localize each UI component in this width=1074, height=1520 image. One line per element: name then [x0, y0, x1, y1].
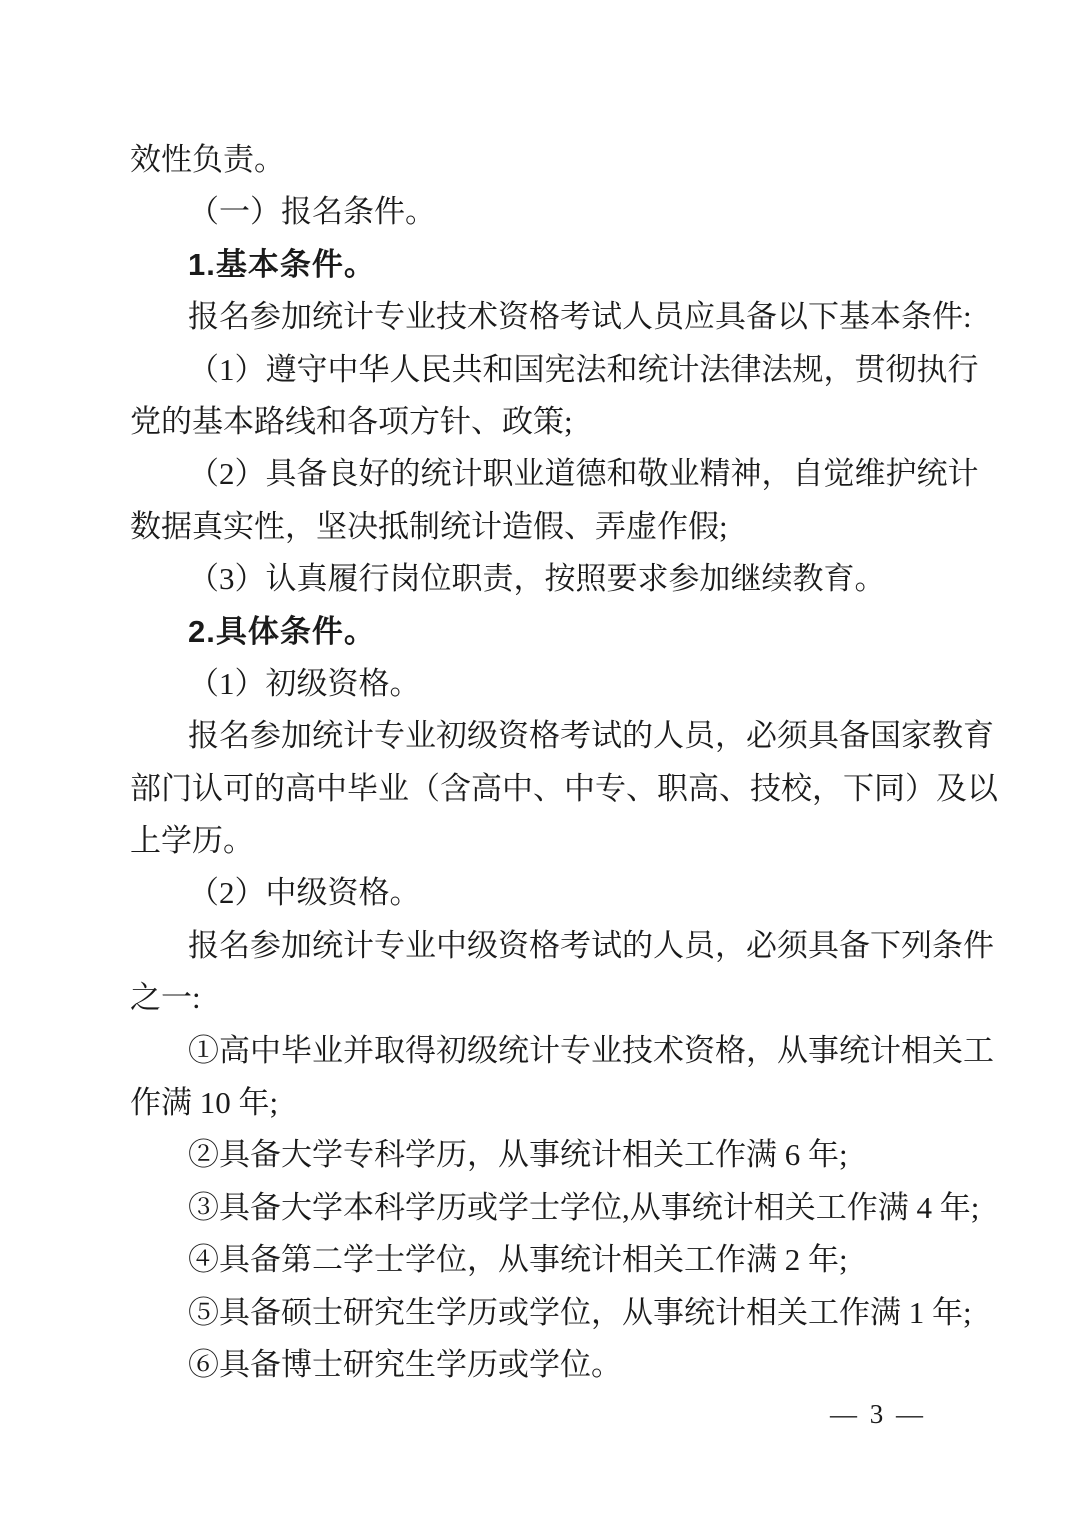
section-heading-registration-conditions: （一）报名条件。: [130, 186, 930, 238]
continuation-line-effectiveness: 效性负责。: [130, 134, 930, 186]
paragraph-intermediate-line-1: 报名参加统计专业中级资格考试的人员，必须具备下列条件: [130, 920, 930, 972]
item-3: （3）认真履行岗位职责，按照要求参加继续教育。: [130, 553, 930, 605]
condition-1-line-1: ①高中毕业并取得初级统计专业技术资格，从事统计相关工: [130, 1025, 930, 1077]
item-1-line-1: （1）遵守中华人民共和国宪法和统计法律法规，贯彻执行: [130, 344, 930, 396]
page-number: — 3 —: [820, 1394, 936, 1434]
subheading-specific-conditions: 2.具体条件。: [130, 606, 930, 658]
paragraph-basic-conditions-intro: 报名参加统计专业技术资格考试人员应具备以下基本条件:: [130, 291, 930, 343]
document-page: 效性负责。 （一）报名条件。 1.基本条件。 报名参加统计专业技术资格考试人员应…: [0, 0, 1074, 1520]
item-1-line-2: 党的基本路线和各项方针、政策;: [130, 396, 930, 448]
condition-6: ⑥具备博士研究生学历或学位。: [130, 1339, 930, 1391]
condition-5: ⑤具备硕士研究生学历或学位，从事统计相关工作满 1 年;: [130, 1287, 930, 1339]
condition-4: ④具备第二学士学位，从事统计相关工作满 2 年;: [130, 1234, 930, 1286]
item-2-line-1: （2）具备良好的统计职业道德和敬业精神，自觉维护统计: [130, 448, 930, 500]
paragraph-junior-line-1: 报名参加统计专业初级资格考试的人员，必须具备国家教育: [130, 710, 930, 762]
subitem-intermediate-qualification-heading: （2）中级资格。: [130, 867, 930, 919]
condition-1-line-2: 作满 10 年;: [130, 1077, 930, 1129]
document-body: 效性负责。 （一）报名条件。 1.基本条件。 报名参加统计专业技术资格考试人员应…: [130, 134, 930, 1391]
subheading-basic-conditions: 1.基本条件。: [130, 239, 930, 291]
paragraph-junior-line-3: 上学历。: [130, 815, 930, 867]
subitem-junior-qualification-heading: （1）初级资格。: [130, 658, 930, 710]
condition-2: ②具备大学专科学历，从事统计相关工作满 6 年;: [130, 1129, 930, 1181]
paragraph-intermediate-line-2: 之一:: [130, 972, 930, 1024]
item-2-line-2: 数据真实性，坚决抵制统计造假、弄虚作假;: [130, 501, 930, 553]
paragraph-junior-line-2: 部门认可的高中毕业（含高中、中专、职高、技校，下同）及以: [130, 763, 930, 815]
condition-3: ③具备大学本科学历或学士学位,从事统计相关工作满 4 年;: [130, 1182, 930, 1234]
